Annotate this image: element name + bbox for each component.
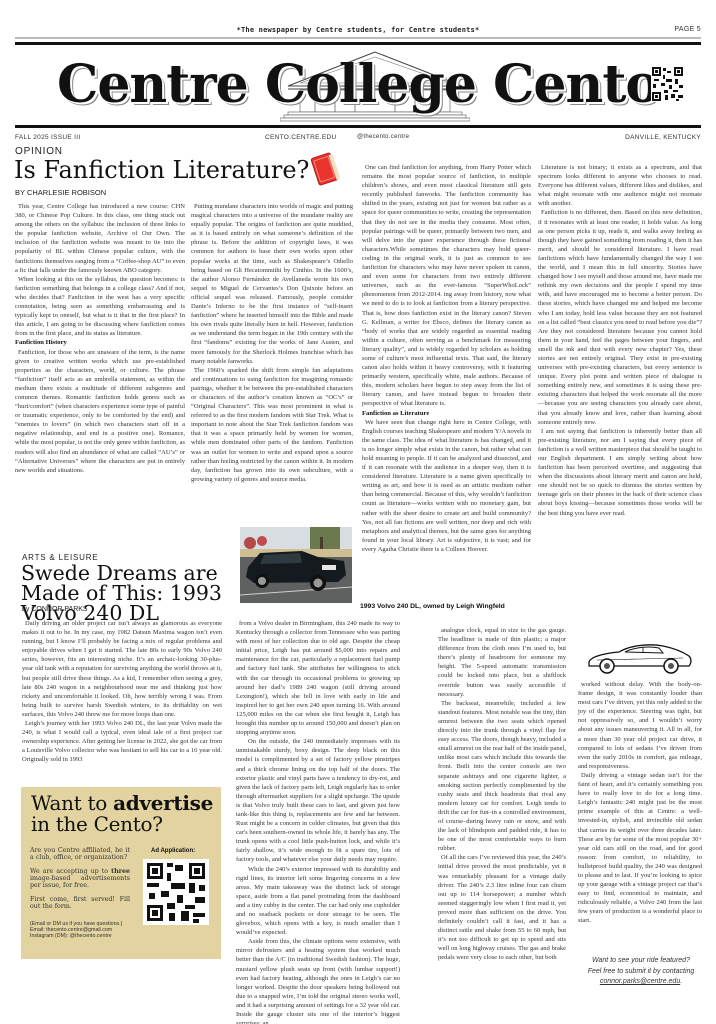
paragraph: We have seen that change right here in C…: [362, 418, 531, 554]
submission-callout: Want to see your ride featured? Feel fre…: [576, 956, 706, 988]
paragraph: from a Volvo dealer in Birmingham, this …: [236, 619, 400, 737]
website-link[interactable]: CENTO.CENTRE.EDU: [265, 134, 337, 141]
ad-title-post: in the Cento?: [31, 812, 163, 836]
issue-label: FALL 2025 ISSUE III: [15, 134, 80, 141]
contact-instagram[interactable]: Instagram (DM): @thecento.centre: [30, 933, 122, 939]
advertise-box: Want to advertise in the Cento? Are you …: [21, 787, 221, 959]
article2-column-4: worked without delay. With the body-on-f…: [578, 680, 702, 926]
paragraph: While the 240’s exterior impressed with …: [236, 865, 400, 938]
paragraph: I am not saying that fanfiction is inher…: [538, 427, 702, 518]
article2-column-1: Daily driving an older project car isn’t…: [22, 619, 222, 765]
paragraph: Daily driving an older project car isn’t…: [22, 619, 222, 719]
article-headline: Swede Dreams are Made of This: 1993 Volv…: [21, 563, 246, 623]
paragraph: On the outside, the 240 immediately impr…: [236, 737, 400, 864]
qr-code-icon: [651, 66, 684, 102]
paragraph: This year, Centre College has introduced…: [15, 202, 185, 275]
location-label: DANVILLE, KENTUCKY: [625, 134, 701, 141]
paragraph: Daily driving a vintage sedan isn’t for …: [578, 771, 702, 926]
article2-column-2: from a Volvo dealer in Birmingham, this …: [236, 619, 400, 1024]
article2-column-3: analogue clock, equal in size to the gas…: [438, 626, 566, 962]
article-byline: by CONNOR PARKS: [22, 606, 88, 613]
ad-description: Are you Centre affiliated, be it a club,…: [30, 847, 130, 917]
volvo-photo: [240, 527, 352, 603]
paragraph: Literature is not binary; it exists as a…: [538, 163, 702, 208]
article1-column-1: This year, Centre College has introduced…: [15, 202, 185, 475]
paragraph: analogue clock, equal in size to the gas…: [438, 626, 566, 699]
masthead-title: Centre College Cento: [0, 45, 716, 125]
book-icon: [305, 150, 345, 190]
cta-line-1: Want to see your ride featured?: [576, 956, 706, 967]
paragraph: Fanfiction is no different, then. Based …: [538, 208, 702, 426]
subheading: Fanfiction as Literature: [362, 409, 531, 418]
cta-period: .: [680, 978, 682, 985]
paragraph: worked without delay. With the body-on-f…: [578, 680, 702, 771]
paragraph: Of all the cars I’ve reviewed this year,…: [438, 853, 566, 962]
paragraph: Fanfiction, for those who are unaware of…: [15, 348, 185, 475]
cta-line-2: Feel free to submit it by contacting: [576, 967, 706, 978]
article1-column-4: Literature is not binary; it exists as a…: [538, 163, 702, 518]
car-sketch-icon: [585, 640, 695, 675]
ad-paragraph: Are you Centre affiliated, be it a club,…: [30, 847, 130, 861]
paragraph: Leigh’s journey with her 1993 Volvo 240 …: [22, 719, 222, 764]
divider: [15, 125, 701, 128]
social-handle[interactable]: @thecento.centre: [357, 134, 409, 140]
article-byline: BY CHARLESIE ROBISON: [15, 188, 106, 197]
paragraph: Putting mundane characters into worlds o…: [191, 202, 353, 366]
ad-paragraph: We are accepting up to three image-based…: [30, 868, 130, 889]
paragraph: One can find fanfiction for anything, fr…: [362, 163, 531, 409]
article1-column-2: Putting mundane characters into worlds o…: [191, 202, 353, 484]
article-headline: Is Fanfiction Literature?: [14, 156, 309, 184]
paragraph: The 1960’s sparked the shift from simple…: [191, 366, 353, 484]
paragraph: The backseat, meanwhile, included a few …: [438, 699, 566, 854]
email-link[interactable]: connor.parks@centre.edu: [600, 978, 680, 985]
ad-application-label: Ad Application:: [151, 848, 195, 854]
paragraph: When looking at this on the syllabus, th…: [15, 275, 185, 339]
photo-caption: 1993 Volvo 240 DL, owned by Leigh Wingfe…: [360, 603, 505, 610]
tagline: *The newspaper by Centre students, for C…: [0, 26, 716, 34]
ad-contact-info: (Email or DM us if you have questions.) …: [30, 921, 122, 939]
ad-paragraph: First come, first served! Fill out the f…: [30, 896, 130, 910]
article1-column-3: One can find fanfiction for anything, fr…: [362, 163, 531, 554]
divider: [15, 37, 701, 39]
ad-qr-code-icon[interactable]: [143, 859, 209, 925]
page-number: PAGE 5: [674, 26, 701, 33]
ad-title: Want to advertise in the Cento?: [31, 793, 213, 835]
subheading: Fanfiction History: [15, 338, 185, 347]
paragraph: Aside from this, the climate options wer…: [236, 937, 400, 1024]
